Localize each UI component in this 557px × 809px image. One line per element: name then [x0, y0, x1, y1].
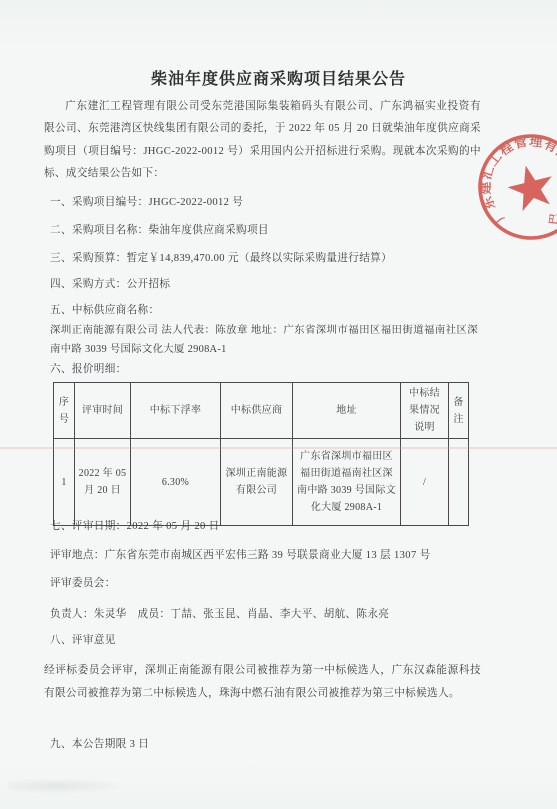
cell-review-time: 2022 年 05 月 20 日	[75, 439, 131, 526]
document-title: 柴油年度供应商采购项目结果公告	[0, 66, 557, 89]
scan-artifact-line	[0, 447, 557, 449]
stamp-bottom-text: 巴	[547, 213, 557, 226]
committee-label: 评审委员会：	[50, 575, 520, 590]
cell-remark	[449, 439, 469, 526]
section-review-opinion: 八、评审意见	[50, 632, 520, 647]
quote-table-header-row: 序号 评审时间 中标下浮率 中标供应商 地址 中标结果情况说明 备注	[54, 383, 469, 439]
header-address: 地址	[293, 383, 401, 439]
cell-discount-rate: 6.30%	[131, 439, 221, 526]
quote-table: 序号 评审时间 中标下浮率 中标供应商 地址 中标结果情况说明 备注 1 202…	[53, 382, 469, 526]
section-project-number: 一、采购项目编号：JHGC-2022-0012 号	[50, 194, 520, 209]
quote-table-row: 1 2022 年 05 月 20 日 6.30% 深圳正南能源有限公司 广东省深…	[54, 439, 469, 526]
opinion-paragraph: 经评标委员会评审，深圳正南能源有限公司被推荐为第一中标候选人，广东汉森能源科技有…	[44, 660, 481, 705]
header-serial-no: 序号	[54, 383, 75, 439]
header-result-note: 中标结果情况说明	[401, 383, 449, 439]
cell-serial-no: 1	[54, 439, 75, 526]
cell-address: 广东省深圳市福田区福田街道福南社区深南中路 3039 号国际文化大厦 2908A…	[293, 439, 401, 526]
section-quote-detail: 六、报价明细：	[50, 361, 520, 376]
section-supplier-name: 五、中标供应商名称：	[50, 302, 520, 317]
review-location: 评审地点：广东省东莞市南城区西平宏伟三路 39 号联景商业大厦 13 层 130…	[50, 547, 520, 562]
cell-result-note: /	[401, 439, 449, 526]
intro-paragraph: 广东建汇工程管理有限公司受东莞港国际集装箱码头有限公司、广东鸿福实业投资有限公司…	[44, 96, 481, 185]
section-review-date: 七、评审日期：2022 年 05 月 20 日	[50, 518, 520, 533]
cell-winning-supplier: 深圳正南能源有限公司	[221, 439, 293, 526]
committee-members: 负责人：朱灵华 成员：丁喆、张玉昆、肖晶、李大平、胡航、陈永亮	[50, 606, 520, 621]
scan-artifact-smudge	[8, 778, 128, 794]
header-winning-supplier: 中标供应商	[221, 383, 293, 439]
section-method: 四、采购方式：公开招标	[50, 276, 520, 291]
section-notice-period: 九、本公告期限 3 日	[50, 736, 520, 751]
header-remark: 备注	[449, 383, 469, 439]
scanned-document-page: 柴油年度供应商采购项目结果公告 广东建汇工程管理有限公司受东莞港国际集装箱码头有…	[0, 0, 557, 809]
header-discount-rate: 中标下浮率	[131, 383, 221, 439]
section-project-name: 二、采购项目名称：柴油年度供应商采购项目	[50, 222, 520, 237]
header-review-time: 评审时间	[75, 383, 131, 439]
supplier-detail: 深圳正南能源有限公司 法人代表：陈放章 地址：广东省深圳市福田区福田街道福南社区…	[50, 321, 478, 359]
section-budget: 三、采购预算：暂定￥14,839,470.00 元（最终以实际采购量进行结算）	[50, 250, 520, 265]
